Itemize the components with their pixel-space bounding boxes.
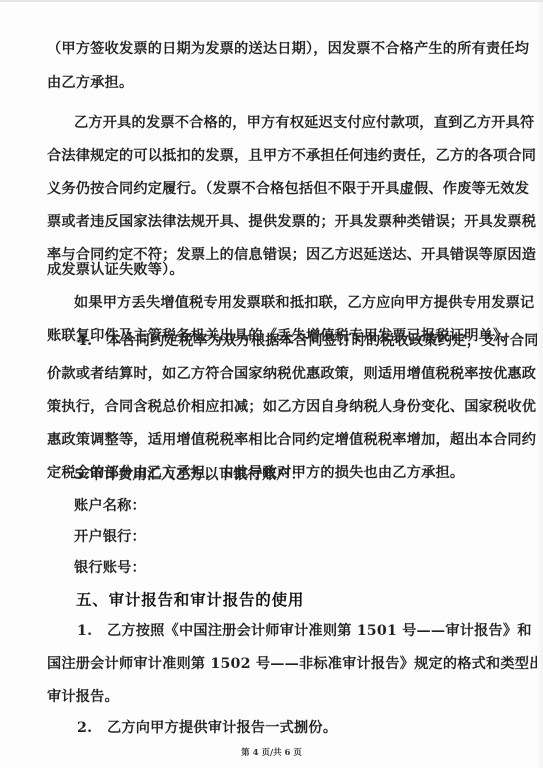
scan-edge-shadow [537,2,543,768]
bank-name-label: 开户银行： [74,527,146,547]
item-text: 乙方按照《中国注册会计师审计准则第 1501 号——审计报告》和《中 [107,623,543,639]
paragraph-line: 由乙方承担。 [47,73,133,93]
paragraph-line: 合法律规定的可以抵扣的发票，且甲方不承担任何违约责任，乙方的各项合同 [47,146,536,166]
bank-intro-line: 5.审计费用汇入乙方以下银行账户： [74,465,305,485]
paragraph-line: 惠政策调整等，适用增值税税率相比合同约定增值税税率增加，超出本合同约 [47,430,536,450]
paragraph-line: 成发票认证失败等）。 [47,260,184,280]
paragraph-line: 如果甲方丢失增值税专用发票联和抵扣联，乙方应向甲方提供专用发票记 [74,293,534,313]
paragraph-line: 票或者违反国家法律法规开具、提供发票的；开具发票种类错误；开具发票税 [47,212,536,232]
item-number: 2. [77,718,107,738]
section-item-1-first-line: 1.乙方按照《中国注册会计师审计准则第 1501 号——审计报告》和《中 [77,621,543,641]
paragraph-line: 国注册会计师审计准则第 1502 号——非标准审计报告》规定的格式和类型出具 [47,654,543,674]
paragraph-line: 策执行，合同含税总价相应扣减；如乙方因自身纳税人身份变化、国家税收优 [47,397,536,417]
item-text: 乙方向甲方提供审计报告一式捌份。 [107,720,337,736]
account-name-label: 账户名称： [74,496,146,516]
page-footer: 第 4 页/共 6 页 [0,746,543,758]
item-4-first-line: 4.本合同约定税率为双方根据本合同签订时的税收政策约定，支付合同 [77,331,539,351]
paragraph-line: 价款或者结算时，如乙方符合国家纳税优惠政策，则适用增值税税率按优惠政 [47,364,536,384]
paragraph-line: （甲方签收发票的日期为发票的送达日期），因发票不合格产生的所有责任均 [47,39,529,59]
item-number: 4. [77,331,107,351]
item-text: 本合同约定税率为双方根据本合同签订时的税收政策约定，支付合同 [107,333,539,349]
account-number-label: 银行账号： [74,558,146,578]
section-item-2: 2.乙方向甲方提供审计报告一式捌份。 [77,718,337,738]
paragraph-line: 乙方开具的发票不合格的，甲方有权延迟支付应付款项，直到乙方开具符 [74,113,534,133]
paragraph-line: 审计报告。 [47,687,119,707]
document-page: （甲方签收发票的日期为发票的送达日期），因发票不合格产生的所有责任均 由乙方承担… [0,0,543,768]
paragraph-line: 义务仍按合同约定履行。（发票不合格包括但不限于开具虚假、作废等无效发 [47,179,529,199]
section-heading: 五、审计报告和审计报告的使用 [76,588,304,610]
item-number: 1. [77,621,107,641]
